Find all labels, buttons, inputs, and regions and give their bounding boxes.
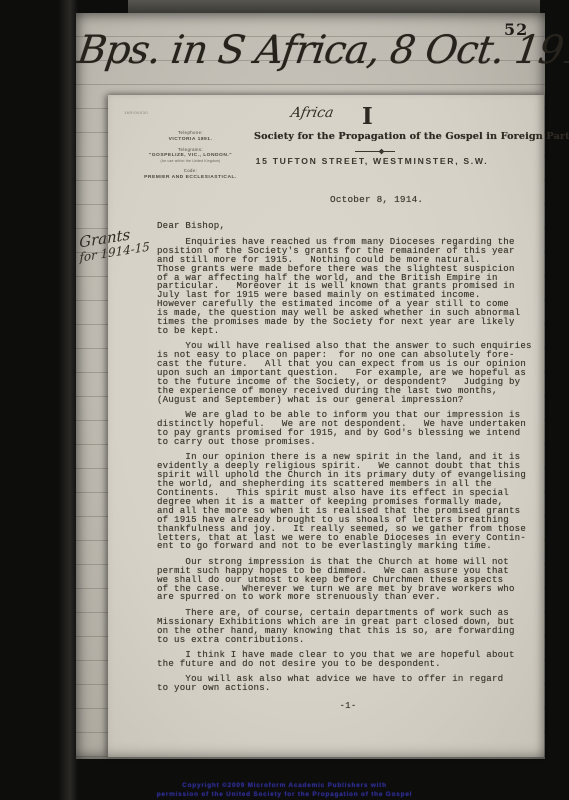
letterhead-contact-block: Telephone: VICTORIA 1891. Telegrams: "GO… — [133, 125, 248, 180]
telephone-label: Telephone: — [133, 130, 248, 135]
handwritten-title: Bps. in S Africa, 8 Oct. 1914 — [75, 28, 541, 73]
handwritten-annotation-africa: Africa — [290, 105, 335, 121]
previous-page-edge — [128, 0, 540, 13]
code-label: Code: — [133, 168, 248, 173]
letterhead-divider-rule — [355, 151, 395, 152]
paragraph-made-clear: I think I have made clear to you that we… — [157, 651, 539, 669]
watermark-line1: Copyright ©2009 Microform Academic Publi… — [0, 781, 569, 790]
letterhead-address: 15 TUFTON STREET, WESTMINSTER, S.W. — [227, 156, 517, 166]
handwritten-annotation-numeral: I — [362, 103, 373, 130]
paragraph-church-at-home: Our strong impression is that the Church… — [157, 558, 539, 603]
telegrams-label: Telegrams: — [133, 147, 248, 152]
copyright-watermark: Copyright ©2009 Microform Academic Publi… — [0, 781, 569, 799]
salutation: Dear Bishop, — [157, 222, 539, 231]
page-number-footer: -1- — [157, 702, 539, 711]
letterhead-print-code: 16R/00030 — [124, 110, 148, 115]
paragraph-new-spirit: In our opinion there is a new spirit in … — [157, 453, 539, 551]
telephone-value: VICTORIA 1891. — [133, 137, 248, 142]
film-edge-texture — [58, 0, 78, 800]
paragraph-hopeful: We are glad to be able to inform you tha… — [157, 411, 539, 447]
pasted-letter-sheet: 16R/00030 Telephone: VICTORIA 1891. Tele… — [108, 95, 544, 757]
letter-body: Dear Bishop, Enquiries have reached us f… — [157, 222, 539, 711]
code-value: PREMIER AND ECCLESIASTICAL. — [133, 175, 248, 180]
letter-date: October 8, 1914. — [330, 194, 423, 205]
society-name: Society for the Propagation of the Gospe… — [254, 131, 546, 142]
paragraph-forecast: You will have realised also that the ans… — [157, 342, 539, 404]
microfilm-scan: 52 Bps. in S Africa, 8 Oct. 1914 16R/000… — [0, 0, 569, 800]
paragraph-grants-enquiries: Enquiries have reached us from many Dioc… — [157, 238, 539, 336]
watermark-line2: permission of the United Society for the… — [0, 790, 569, 799]
paragraph-exhibitions: There are, of course, certain department… — [157, 609, 539, 645]
paragraph-advice: You will ask also what advice we have to… — [157, 675, 539, 693]
